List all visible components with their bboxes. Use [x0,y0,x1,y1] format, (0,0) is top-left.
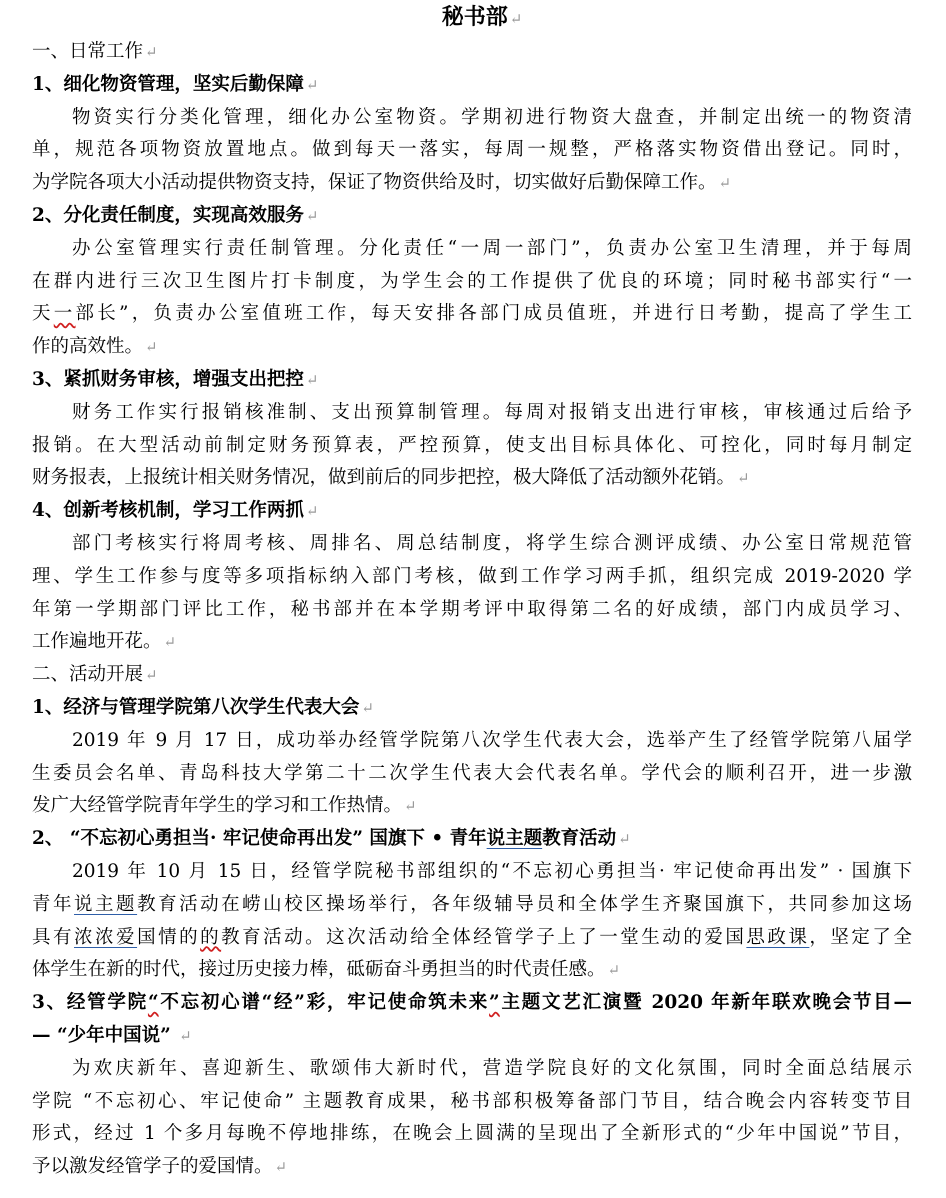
grammar-mark[interactable]: 说主题 [74,894,137,915]
paragraph-mark-icon: ↵ [737,469,750,487]
body-line: 2019 年 10 月 15 日，经管学院秘书部组织的“不忘初心勇担当· 牢记使… [32,856,912,889]
body-line: 在群内进行三次卫生图片打卡制度，为学生会的工作提供了优良的环境；同时秘书部实行“… [32,266,912,299]
body-line: 理、学生工作参与度等多项指标纳入部门考核，做到工作学习两手抓，组织完成 2019… [32,561,912,594]
paragraph-mark-icon: ↵ [404,797,417,815]
body-line: 作的高效性。↵ [32,331,912,364]
subheading-flag-education: 2、 “不忘初心勇担当· 牢记使命再出发” 国旗下 • 青年说主题教育活动↵ [32,823,912,856]
paragraph-mark-icon: ↵ [510,10,523,28]
body-line: 生委员会名单、青岛科技大学第二十二次学生代表大会代表名单。学代会的顺利召开，进一… [32,758,912,791]
body-line: 工作遍地开花。↵ [32,626,912,659]
spelling-error-mark[interactable]: ” [489,992,500,1013]
paragraph-mark-icon: ↵ [618,830,631,848]
subheading-material-management: 1、细化物资管理，坚实后勤保障↵ [32,69,912,102]
body-line: 发广大经管学院青年学生的学习和工作热情。↵ [32,790,912,823]
paragraph-mark-icon: ↵ [306,76,319,94]
spelling-error-mark[interactable]: 一 [54,303,76,324]
paragraph-mark-icon: ↵ [306,502,319,520]
subheading-finance-review: 3、紧抓财务审核，增强支出把控↵ [32,364,912,397]
subheading-new-year-gala: 3、经管学院“不忘初心谱“经”彩，牢记使命筑未来”主题文艺汇演暨 2020 年新… [32,987,912,1020]
body-line: 部门考核实行将周考核、周排名、周总结制度，将学生综合测评成绩、办公室日常规范管 [32,528,912,561]
grammar-mark[interactable]: 说主题 [487,828,543,849]
spelling-error-mark[interactable]: 的 [200,927,221,948]
subheading-new-year-gala-cont: — “少年中国说” ↵ [32,1020,912,1053]
body-line: 具有浓浓爱国情的的教育活动。这次活动给全体经管学子上了一堂生动的爱国思政课，坚定… [32,922,912,955]
section-heading-daily-work: 一、日常工作↵ [32,36,912,69]
body-line: 2019 年 9 月 17 日，成功举办经管学院第八次学生代表大会，选举产生了经… [32,725,912,758]
body-line: 为学院各项大小活动提供物资支持，保证了物资供给及时，切实做好后勤保障工作。↵ [32,167,912,200]
paragraph-mark-icon: ↵ [275,1158,288,1176]
body-line: 单，规范各项物资放置地点。做到每天一落实，每周一规整，严格落实物资借出登记。同时… [32,134,912,167]
document-page[interactable]: 秘书部↵ 一、日常工作↵ 1、细化物资管理，坚实后勤保障↵ 物资实行分类化管理，… [32,0,912,1184]
paragraph-mark-icon: ↵ [179,1027,192,1045]
body-line: 体学生在新的时代，接过历史接力棒，砥砺奋斗勇担当的时代责任感。↵ [32,954,912,987]
paragraph-mark-icon: ↵ [306,371,319,389]
body-line: 物资实行分类化管理，细化办公室物资。学期初进行物资大盘查，并制定出统一的物资清 [32,102,912,135]
body-line: 财务报表，上报统计相关财务情况，做到前后的同步把控，极大降低了活动额外花销。↵ [32,462,912,495]
body-line: 办公室管理实行责任制管理。分化责任“一周一部门”，负责办公室卫生清理，并于每周 [32,233,912,266]
paragraph-mark-icon: ↵ [145,338,158,356]
paragraph-mark-icon: ↵ [145,43,158,61]
body-line: 报销。在大型活动前制定财务预算表，严控预算，使支出目标具体化、可控化，同时每月制… [32,430,912,463]
body-line: 天一部长”，负责办公室值班工作，每天安排各部门成员值班，并进行日考勤，提高了学生… [32,298,912,331]
paragraph-mark-icon: ↵ [361,699,374,717]
spelling-error-mark[interactable]: “ [148,992,159,1013]
body-line: 青年说主题教育活动在崂山校区操场举行，各年级辅导员和全体学生齐聚国旗下，共同参加… [32,889,912,922]
grammar-mark[interactable]: 浓浓爱 [74,927,137,948]
paragraph-mark-icon: ↵ [164,633,177,651]
body-line: 予以激发经管学子的爱国情。↵ [32,1151,912,1184]
paragraph-mark-icon: ↵ [145,666,158,684]
section-heading-activities: 二、活动开展↵ [32,659,912,692]
body-line: 财务工作实行报销核准制、支出预算制管理。每周对报销支出进行审核，审核通过后给予 [32,397,912,430]
subheading-student-congress: 1、经济与管理学院第八次学生代表大会↵ [32,692,912,725]
body-line: 学院 “不忘初心、牢记使命” 主题教育成果，秘书部积极筹备部门节目，结合晚会内容… [32,1086,912,1119]
paragraph-mark-icon: ↵ [719,174,732,192]
title-text: 秘书部 [442,4,508,30]
body-line: 年第一学期部门评比工作，秘书部并在本学期考评中取得第二名的好成绩，部门内成员学习… [32,594,912,627]
paragraph-mark-icon: ↵ [306,207,319,225]
body-line: 形式，经过 1 个多月每晚不停地排练，在晚会上圆满的呈现出了全新形式的“少年中国… [32,1118,912,1151]
grammar-mark[interactable]: 思政课 [746,927,809,948]
subheading-assessment-mechanism: 4、创新考核机制，学习工作两抓↵ [32,495,912,528]
document-title: 秘书部↵ [32,0,912,36]
paragraph-mark-icon: ↵ [608,961,621,979]
subheading-responsibility-system: 2、分化责任制度，实现高效服务↵ [32,200,912,233]
body-line: 为欢庆新年、喜迎新生、歌颂伟大新时代，营造学院良好的文化氛围，同时全面总结展示 [32,1053,912,1086]
